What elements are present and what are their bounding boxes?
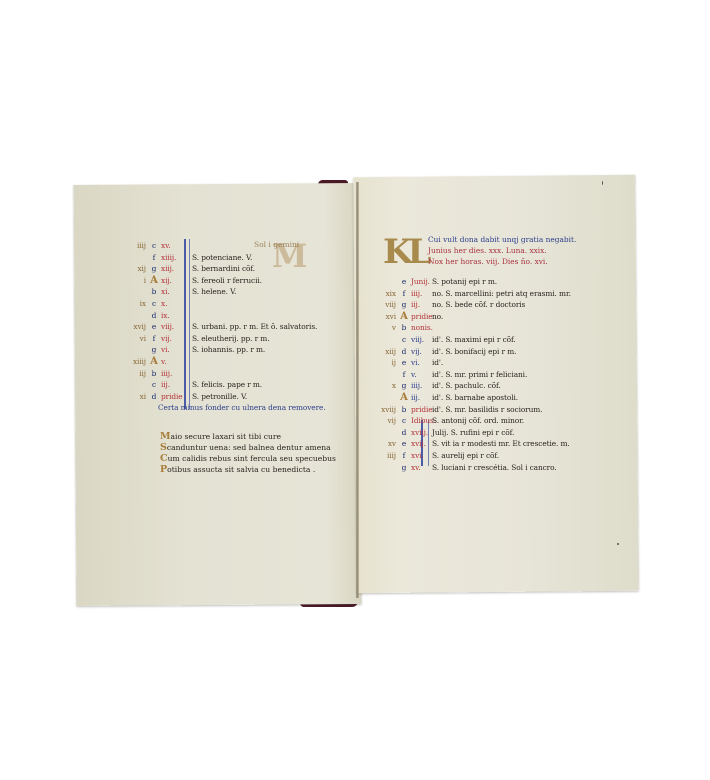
- feast-text: Julij. S. rufini epi r cõf.: [432, 427, 514, 438]
- golden-number: viij: [374, 299, 396, 310]
- roman-day: v.: [411, 369, 416, 380]
- feast-text: S. petronille. V.: [192, 391, 247, 402]
- left-ruling-blue-2: [189, 239, 190, 409]
- header-line: Nox her horas. viij. Dies ño. xvi.: [428, 257, 548, 267]
- roman-day: xiij.: [161, 263, 174, 274]
- golden-number: v: [374, 322, 396, 333]
- roman-day: x.: [161, 298, 167, 309]
- golden-number: vi: [124, 333, 146, 344]
- roman-day: xvi.: [411, 450, 424, 461]
- dominical-letter: c: [399, 334, 409, 345]
- roman-day: iiij.: [161, 368, 172, 379]
- dominical-letter: f: [399, 369, 409, 380]
- dominical-letter: g: [149, 344, 159, 355]
- dominical-letter: c: [399, 415, 409, 426]
- feast-text: S. helene. V.: [192, 286, 236, 297]
- roman-day: vi.: [161, 344, 170, 355]
- feast-text: S. potanij epi r m.: [432, 276, 497, 287]
- dominical-letter: e: [399, 357, 409, 368]
- feast-text: S. vit ia r modesti mr. Et crescetie. m.: [432, 438, 570, 449]
- right-ruling-blue-2: [428, 420, 429, 466]
- golden-number: xvij: [124, 321, 146, 332]
- feast-text: no. S. bede cõf. r doctoris: [432, 299, 525, 310]
- roman-day: xij.: [161, 275, 172, 286]
- golden-number: i: [124, 275, 146, 286]
- header-line: Junius her dies. xxx. Luna. xxix.: [428, 246, 547, 256]
- roman-day: xiiij.: [161, 252, 176, 263]
- roman-day: xv.: [161, 240, 171, 251]
- dominical-letter: A: [399, 311, 409, 322]
- roman-day: xv.: [411, 462, 421, 473]
- left-page-sol-heading: Sol i gemini: [254, 240, 299, 249]
- roman-day: iiij.: [411, 288, 422, 299]
- roman-day: iij.: [411, 392, 420, 403]
- dominical-letter: b: [149, 368, 159, 379]
- feast-text: S. eleutherij. pp. r m.: [192, 333, 269, 344]
- feast-text: id'. S. mr. primi r feliciani.: [432, 369, 527, 380]
- roman-day: nonis.: [411, 322, 433, 333]
- feast-text: S. antonij cõf. ord. minor.: [432, 415, 524, 426]
- feast-text: id'.: [432, 357, 443, 368]
- roman-day: xvij.: [411, 438, 426, 449]
- golden-number: xix: [374, 288, 396, 299]
- roman-day: iiij.: [411, 380, 422, 391]
- dominical-letter: e: [399, 438, 409, 449]
- verse-line: Cum calidis rebus sint fercula seu specu…: [160, 453, 336, 465]
- golden-number: vij: [374, 415, 396, 426]
- header-line: Cui vult dona dabit unqj gratia negabit.: [428, 235, 576, 245]
- dominical-letter: g: [399, 299, 409, 310]
- golden-number: x: [374, 380, 396, 391]
- feast-text: S. luciani r crescétia. Sol i cancro.: [432, 462, 557, 473]
- golden-number: xiiij: [124, 356, 146, 367]
- dominical-letter: b: [399, 322, 409, 333]
- dominical-letter: f: [149, 333, 159, 344]
- closing-line-text: Certa minus fonder cu ulnera dena remove…: [158, 402, 326, 413]
- golden-number: iiij: [374, 450, 396, 461]
- dominical-letter: f: [399, 288, 409, 299]
- dominical-letter: A: [399, 392, 409, 403]
- roman-day: xviij.: [411, 427, 428, 438]
- dominical-letter: b: [149, 286, 159, 297]
- kl-initial: KL: [383, 236, 425, 268]
- dominical-letter: c: [149, 379, 159, 390]
- roman-day: viij.: [161, 321, 174, 332]
- golden-number: xvi: [374, 311, 396, 322]
- roman-day: vij.: [411, 346, 422, 357]
- feast-text: S. felicis. pape r m.: [192, 379, 262, 390]
- roman-day: Junij.: [411, 276, 430, 287]
- roman-day: vi.: [411, 357, 420, 368]
- roman-day: iij.: [161, 379, 170, 390]
- roman-day: viij.: [411, 334, 424, 345]
- left-ruling-blue: [184, 239, 186, 409]
- dominical-letter: A: [149, 275, 159, 286]
- dominical-letter: f: [149, 252, 159, 263]
- verse-line: Potibus assucta sit salvia cu benedicta …: [160, 464, 315, 476]
- roman-day: pridie: [161, 391, 183, 402]
- feast-text: S. bernardini cõf.: [192, 263, 255, 274]
- open-manuscript-photo: M Sol i gemini iiijcxv.fxiiij.S. potenci…: [0, 0, 710, 780]
- golden-number: xiij: [374, 346, 396, 357]
- feast-text: S. potenciane. V.: [192, 252, 252, 263]
- golden-number: ix: [124, 298, 146, 309]
- roman-day: iij.: [411, 299, 420, 310]
- roman-day: ix.: [161, 310, 170, 321]
- dominical-letter: d: [149, 310, 159, 321]
- golden-number: xv: [374, 438, 396, 449]
- dominical-letter: c: [149, 298, 159, 309]
- dominical-letter: d: [149, 391, 159, 402]
- feast-text: S. fereoli r ferrucii.: [192, 275, 262, 286]
- verse-line: Maio secure laxari sit tibi cure: [160, 431, 281, 443]
- feast-text: id'. S. mr. basilidis r sociorum.: [432, 404, 542, 415]
- golden-number: xi: [124, 391, 146, 402]
- roman-day: xi.: [161, 286, 170, 297]
- parchment-speck: [602, 181, 603, 185]
- dominical-letter: g: [149, 263, 159, 274]
- roman-day: v.: [161, 356, 166, 367]
- feast-text: S. urbani. pp. r m. Et ŏ. salvatoris.: [192, 321, 317, 332]
- feast-text: id'. S. bonifacij epi r m.: [432, 346, 516, 357]
- dominical-letter: g: [399, 380, 409, 391]
- feast-text: no. S. marcellini: petri atq erasmi. mr.: [432, 288, 571, 299]
- feast-text: id'. S. pachulc. cõf.: [432, 380, 501, 391]
- golden-number: iiij: [124, 240, 146, 251]
- feast-text: S. iohannis. pp. r m.: [192, 344, 265, 355]
- verse-line: Scanduntur uena: sed balnea dentur amena: [160, 442, 331, 454]
- dominical-letter: g: [399, 462, 409, 473]
- feast-text: id'. S. maximi epi r cõf.: [432, 334, 516, 345]
- dominical-letter: b: [399, 404, 409, 415]
- dominical-letter: d: [399, 346, 409, 357]
- golden-number: xviij: [374, 404, 396, 415]
- gutter-stitching: [356, 182, 359, 598]
- roman-day: vij.: [161, 333, 172, 344]
- dominical-letter: d: [399, 427, 409, 438]
- dominical-letter: f: [399, 450, 409, 461]
- parchment-speck: [617, 543, 619, 545]
- roman-day: pridie: [411, 404, 433, 415]
- feast-text: no.: [432, 311, 443, 322]
- golden-number: iij: [124, 368, 146, 379]
- golden-number: ij: [374, 357, 396, 368]
- feast-text: id'. S. barnabe apostoli.: [432, 392, 518, 403]
- golden-number: xij: [124, 263, 146, 274]
- dominical-letter: e: [149, 321, 159, 332]
- feast-text: S. aurelij epi r cõf.: [432, 450, 499, 461]
- dominical-letter: e: [399, 276, 409, 287]
- dominical-letter: A: [149, 356, 159, 367]
- dominical-letter: c: [149, 240, 159, 251]
- roman-day: pridie: [411, 311, 433, 322]
